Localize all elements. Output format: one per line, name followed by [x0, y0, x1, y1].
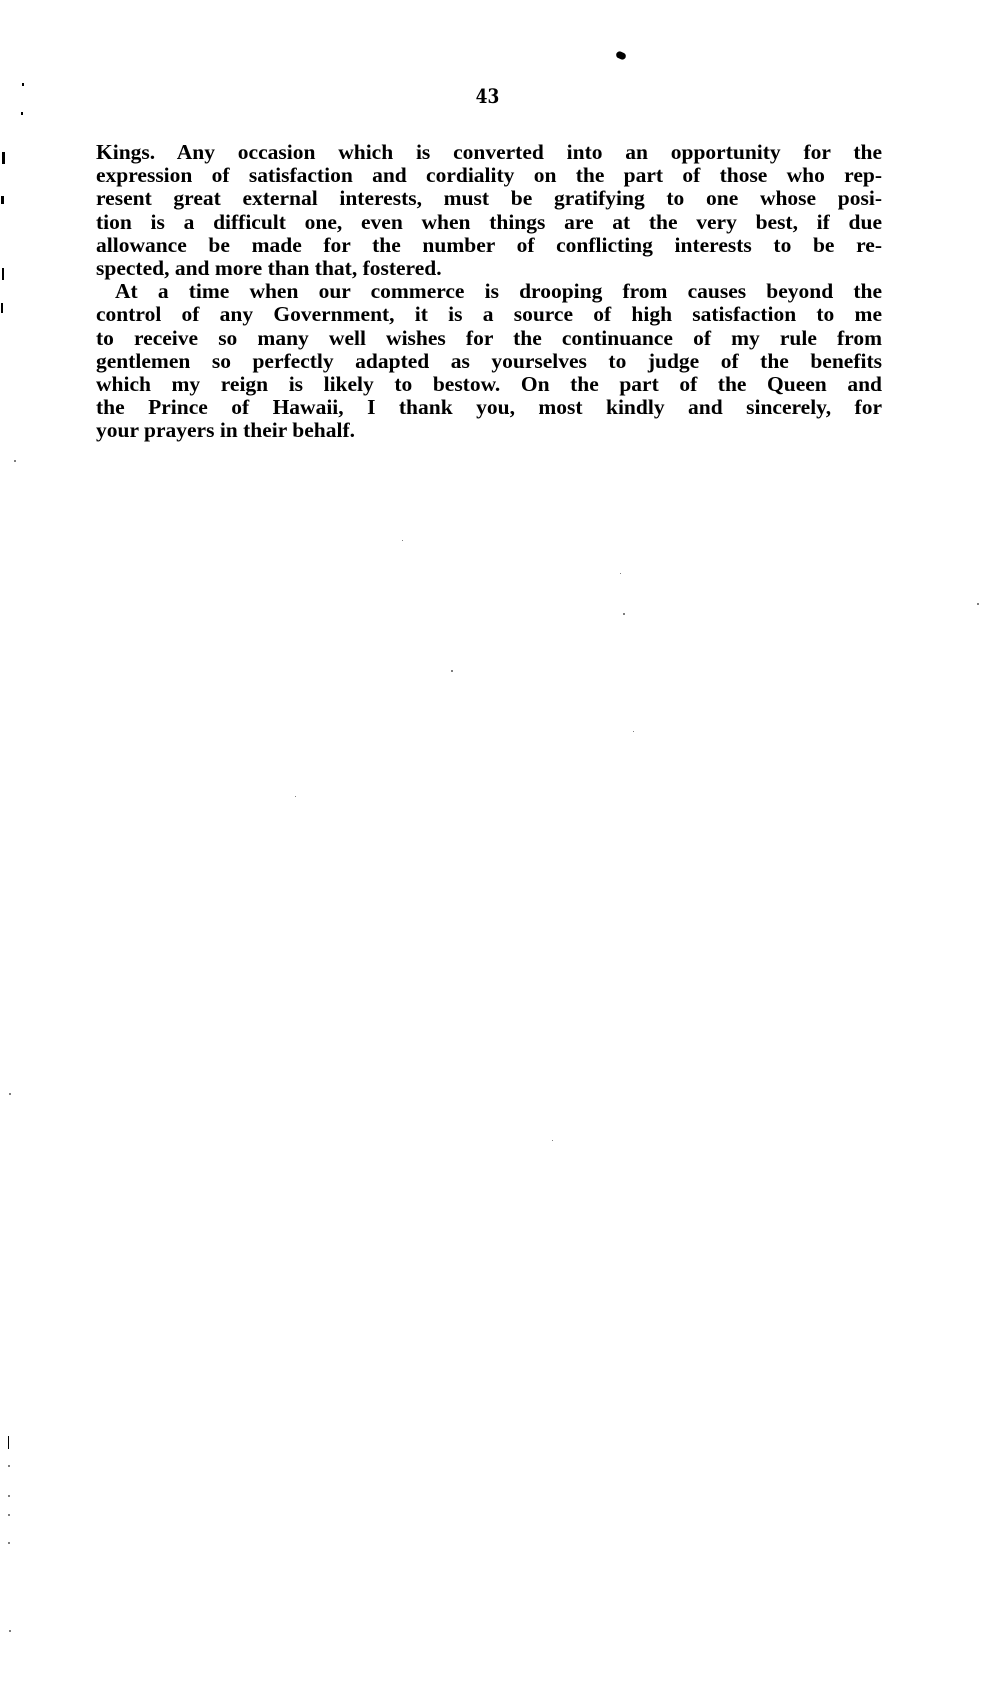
text-line: allowance be made for the number of conf… [96, 234, 882, 257]
text-line: spected, and more than that, fostered. [96, 257, 882, 280]
paragraph-2: At a time when our commerce is drooping … [96, 280, 882, 442]
margin-speck [8, 1542, 10, 1544]
margin-speck [8, 1465, 10, 1467]
margin-speck [9, 1093, 11, 1095]
margin-bracket-mark [2, 268, 4, 280]
text-line: Kings. Any occasion which is converted i… [96, 141, 882, 164]
margin-speck [21, 112, 23, 115]
body-text: Kings. Any occasion which is converted i… [96, 141, 882, 442]
page-number: 43 [73, 84, 902, 108]
text-line: At a time when our commerce is drooping … [96, 280, 882, 303]
page-speck [295, 796, 296, 797]
margin-bracket-mark [2, 152, 5, 164]
page-speck [402, 540, 403, 541]
page-speck [633, 731, 634, 732]
text-line: expression of satisfaction and cordialit… [96, 164, 882, 187]
text-line: to receive so many well wishes for the c… [96, 327, 882, 350]
text-line: tion is a difficult one, even when thing… [96, 211, 882, 234]
margin-speck [22, 83, 24, 86]
page-speck [620, 573, 621, 574]
margin-speck [8, 1495, 10, 1497]
text-line: resent great external interests, must be… [96, 187, 882, 210]
text-line: gentlemen so perfectly adapted as yourse… [96, 350, 882, 373]
margin-line-mark [8, 1436, 9, 1449]
paragraph-1: Kings. Any occasion which is converted i… [96, 141, 882, 280]
text-line: control of any Government, it is a sourc… [96, 303, 882, 326]
margin-bracket-mark [1, 303, 3, 313]
margin-speck [8, 1514, 10, 1516]
text-line: your prayers in their behalf. [96, 419, 882, 442]
scanned-page: 43 Kings. Any occasion which is converte… [0, 0, 1000, 1687]
page-speck [451, 670, 453, 672]
margin-speck [14, 460, 16, 462]
page-speck [623, 613, 625, 615]
page-speck [977, 603, 979, 605]
page-speck [552, 1140, 553, 1141]
margin-speck [9, 1630, 11, 1632]
text-line: which my reign is likely to bestow. On t… [96, 373, 882, 396]
ink-blot-mark [615, 50, 627, 61]
margin-bracket-mark [1, 196, 4, 204]
text-line: the Prince of Hawaii, I thank you, most … [96, 396, 882, 419]
